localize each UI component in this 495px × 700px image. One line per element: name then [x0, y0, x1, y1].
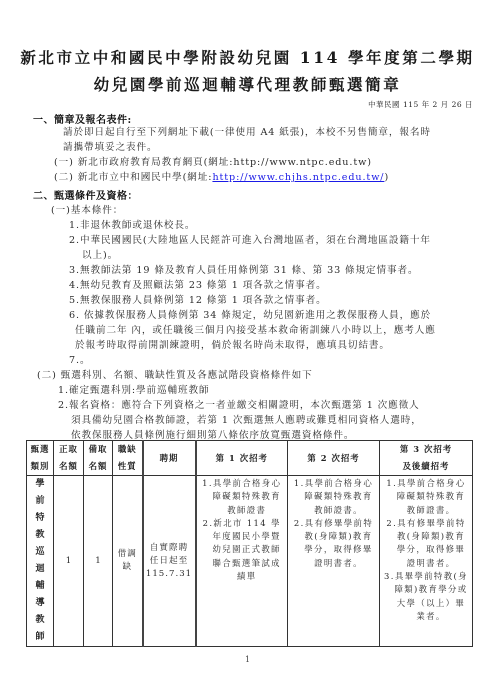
school-website-link[interactable]: http://www.chjhs.ntpc.edu.tw/ [212, 172, 384, 183]
condition-item: 2.中華民國國民(大陸地區人民經許可進入台灣地區者，須在台灣地區設籍十年 [69, 232, 431, 246]
section1-item1: (一) 新北市政府教育局教育網頁(網址:http://www.ntpc.edu.… [54, 154, 372, 168]
condition-item: 3.無教師法第 19 條及教育人員任用條例第 31 條、第 33 條規定情事者。 [69, 262, 419, 276]
cell-term: 自實際聘任日起至115.7.31 [143, 476, 196, 647]
section1-paragraph-line1: 請於即日起自行至下列網址下載(一律使用 A4 紙張)，本校不另售簡章，報名時 [63, 124, 431, 138]
condition-item: 6. 依據教保服務人員條例第 34 條規定，幼兒園新進用之教保服務人員，應於 [69, 307, 431, 321]
header-round3: 第 3 次招考及後續招考 [380, 441, 473, 476]
cell-round3: 1.具學前合格身心障礙類特殊教育教師證書。 2.具有修畢學前特教(身障類)教育學… [380, 476, 473, 647]
cell-round1: 1.具學前合格身心障礙類特殊教育教師證書 2.新北市 114 學年度國民小學暨幼… [196, 476, 288, 647]
section1-item2-suffix: ) [384, 172, 389, 183]
cell-category: 學前 特教 巡迴 輔導 教師 [27, 476, 54, 647]
section1-item2-prefix: (二) 新北市立中和國民中學(網址: [54, 172, 212, 183]
condition-item: 4.無幼兒教育及照顧法第 23 條第 1 項各款之情事者。 [69, 277, 327, 291]
section1-item2: (二) 新北市立中和國民中學(網址:http://www.chjhs.ntpc.… [54, 169, 389, 183]
selection-item-continued: 依教保服務人員條例施行細則第八條依序放寬甄選資格條件。 [71, 427, 354, 441]
selection-item: 2.報名資格：應符合下列資格之一者並繳交相關證明，本次甄選第 1 次應徵人 [58, 397, 420, 411]
selection-table: 甄選類別 正取名額 備取名額 職缺性質 聘期 第 1 次招考 第 2 次招考 第… [26, 440, 473, 647]
condition-item-continued: 任職前二年 內，或任職後三個月內接受基本救命術訓練八小時以上，應考人應 [75, 322, 436, 336]
selection-item: 1.確定甄選科別:學前巡輔班教師 [58, 382, 210, 396]
cell-reserve: 1 [84, 476, 113, 647]
basic-conditions-heading: (一)基本條件： [51, 202, 123, 216]
section2-heading: 二、甄選條件及資格： [33, 187, 138, 202]
condition-item-continued: 以上)。 [82, 247, 118, 261]
header-reserve: 備取名額 [84, 441, 113, 476]
header-category: 甄選類別 [27, 441, 54, 476]
cell-round2: 1.具學前合格身心障礙類特殊教育教師證書。 2.具有修畢學前特教(身障類)教育學… [288, 476, 380, 647]
cell-quota: 1 [54, 476, 84, 647]
table-row: 學前 特教 巡迴 輔導 教師 1 1 借調缺 自實際聘任日起至115.7.31 … [27, 476, 473, 647]
header-round2: 第 2 次招考 [288, 441, 380, 476]
selection-item-continued: 須具備幼兒園合格教師證，若第 1 次甄選無人應聘或難覓相同資格人選時， [71, 412, 422, 426]
document-title-line1: 新北市立中和國民中學附設幼兒園 114 學年度第二學期 [0, 46, 495, 68]
section1-paragraph-line2: 請攜帶填妥之表件。 [63, 139, 157, 153]
header-term: 聘期 [143, 441, 196, 476]
header-nature: 職缺性質 [113, 441, 143, 476]
condition-item: 5.無教保服務人員條例第 12 條第 1 項各款之情事者。 [69, 292, 327, 306]
condition-item: 1.非退休教師或退休校長。 [69, 217, 195, 231]
document-title-line2: 幼兒園學前巡迴輔導代理教師甄選簡章 [0, 73, 495, 95]
selection-details-heading: (二) 甄選科別、名額、職缺性質及各應試階段資格條件如下 [37, 367, 313, 381]
issue-date: 中華民國 115 年 2 月 26 日 [368, 99, 473, 110]
condition-item: 7.。 [69, 352, 90, 366]
header-round1: 第 1 次招考 [196, 441, 288, 476]
cell-nature: 借調缺 [113, 476, 143, 647]
table-header-row: 甄選類別 正取名額 備取名額 職缺性質 聘期 第 1 次招考 第 2 次招考 第… [27, 441, 473, 476]
condition-item-continued: 於報考時取得前開訓練證明，倘於報名時尚未取得，應填具切結書。 [75, 337, 390, 351]
page-number: 1 [0, 655, 495, 664]
header-quota: 正取名額 [54, 441, 84, 476]
